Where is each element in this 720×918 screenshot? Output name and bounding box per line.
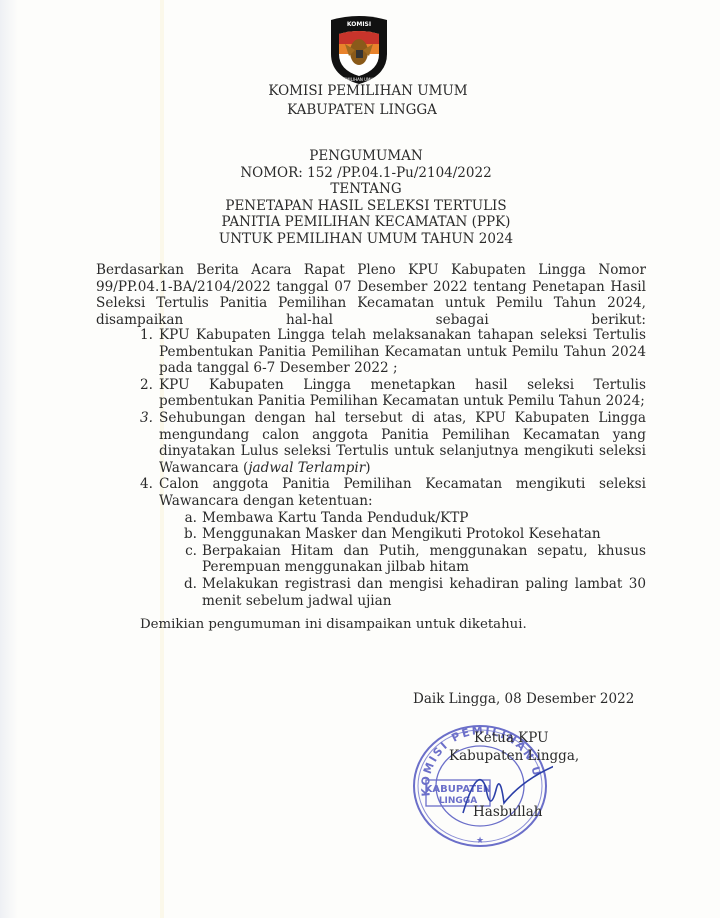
- sub-list-text: Menggunakan Masker dan Mengikuti Protoko…: [202, 526, 601, 542]
- title-subject-3: UNTUK PEMILIHAN UMUM TAHUN 2024: [6, 231, 720, 248]
- title-announcement: PENGUMUMAN: [6, 148, 720, 165]
- sub-list-letter: a.: [171, 510, 197, 527]
- list-number: 3.: [127, 410, 153, 427]
- sub-list-letter: c.: [171, 543, 197, 560]
- title-about: TENTANG: [6, 181, 720, 198]
- list-number: 1.: [127, 327, 153, 344]
- list-item: 3. Sehubungan dengan hal tersebut di ata…: [127, 410, 646, 476]
- sub-list-item: b. Menggunakan Masker dan Mengikuti Prot…: [171, 526, 646, 543]
- list-number: 2.: [127, 377, 153, 394]
- sub-list: a. Membawa Kartu Tanda Penduduk/KTP b. M…: [171, 510, 646, 610]
- title-subject-2: PANITIA PEMILIHAN KECAMATAN (PPK): [6, 214, 720, 231]
- title-subject-1: PENETAPAN HASIL SELEKSI TERTULIS: [6, 198, 720, 215]
- sub-list-letter: b.: [171, 526, 197, 543]
- svg-text:LINGGA: LINGGA: [439, 796, 477, 806]
- main-list: 1. KPU Kabupaten Lingga telah melaksanak…: [127, 327, 646, 609]
- title-number: NOMOR: 152 /PP.04.1-Pu/2104/2022: [6, 165, 720, 182]
- kpu-logo: KOMISI PEMILIHAN UMUM: [327, 14, 391, 86]
- document-title: PENGUMUMAN NOMOR: 152 /PP.04.1-Pu/2104/2…: [6, 148, 720, 247]
- list-text: KPU Kabupaten Lingga menetapkan hasil se…: [159, 377, 646, 410]
- list-item: 1. KPU Kabupaten Lingga telah melaksanak…: [127, 327, 646, 377]
- svg-text:KOMISI: KOMISI: [347, 21, 371, 28]
- closing-statement: Demikian pengumuman ini disampaikan untu…: [140, 617, 640, 634]
- stamp-star-icon: ★: [476, 836, 484, 846]
- sub-list-text: Melakukan registrasi dan mengisi kehadir…: [202, 576, 646, 609]
- org-region: KABUPATEN LINGGA: [2, 102, 720, 119]
- sub-list-text: Berpakaian Hitam dan Putih, menggunakan …: [202, 543, 646, 576]
- svg-text:KABUPATEN: KABUPATEN: [425, 784, 492, 795]
- list-number: 4.: [127, 476, 153, 493]
- list-text-end: ): [365, 460, 370, 476]
- org-name: KOMISI PEMILIHAN UMUM: [8, 83, 720, 100]
- signer-name: Hasbullah: [473, 804, 542, 820]
- signer-position-1: Ketua KPU: [474, 730, 548, 746]
- sub-list-text: Membawa Kartu Tanda Penduduk/KTP: [202, 510, 468, 526]
- signer-position-2: Kabupaten Lingga,: [449, 748, 579, 764]
- sub-list-item: c. Berpakaian Hitam dan Putih, menggunak…: [171, 543, 646, 576]
- list-text: Sehubungan dengan hal tersebut di atas, …: [159, 410, 646, 476]
- sub-list-letter: d.: [171, 576, 197, 593]
- place-date: Daik Lingga, 08 Desember 2022: [413, 691, 634, 707]
- list-text: KPU Kabupaten Lingga telah melaksanakan …: [159, 327, 646, 376]
- sub-list-item: d. Melakukan registrasi dan mengisi keha…: [171, 576, 646, 609]
- svg-text:PEMILIHAN UMUM: PEMILIHAN UMUM: [341, 77, 377, 82]
- list-item: 2. KPU Kabupaten Lingga menetapkan hasil…: [127, 377, 646, 410]
- page-edge-shadow: [0, 0, 18, 918]
- list-item: 4. Calon anggota Panitia Pemilihan Kecam…: [127, 476, 646, 609]
- sub-list-item: a. Membawa Kartu Tanda Penduduk/KTP: [171, 510, 646, 527]
- schedule-note: jadwal Terlampir: [248, 460, 365, 476]
- list-text: Calon anggota Panitia Pemilihan Kecamata…: [159, 476, 646, 509]
